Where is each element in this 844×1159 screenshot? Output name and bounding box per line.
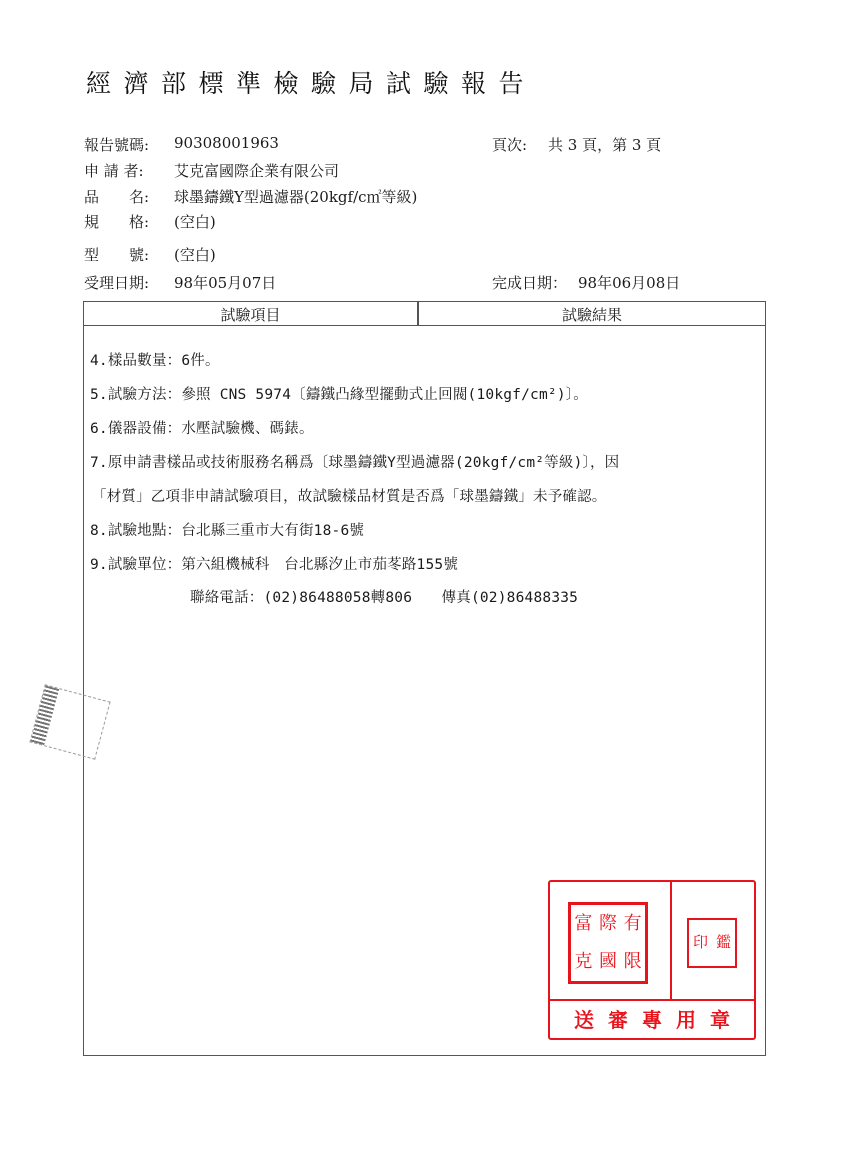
applicant-label: 申 請 者: [84,160,144,181]
completed-date-value: 98年06月08日 [578,272,680,293]
product-name-label: 品 名: [84,186,149,207]
seal-char: 克 [571,943,596,981]
item-equipment: 6.儀器設備：水壓試驗機、碼錶。 [90,417,314,438]
specification-label: 規 格: [84,211,149,232]
stamp-divider-horizontal [550,999,754,1001]
results-table-header: 試驗項目 試驗結果 [84,302,765,326]
stamp-divider-vertical [670,882,672,999]
stamp-caption: 送審專用章 [550,1003,754,1037]
submission-stamp: 富 際 有 克 國 限 印 鑑 送審專用章 [548,880,756,1040]
page-label: 頁次: [492,134,527,155]
item-note-line2: 「材質」乙項非申請試驗項目，故試驗樣品材質是否爲「球墨鑄鐵」未予確認。 [92,485,607,506]
seal-char: 有 [620,905,645,943]
item-test-unit: 9.試驗單位：第六組機械科 台北縣汐止市茄苳路155號 [90,553,458,574]
report-number-label: 報告號碼: [84,134,149,155]
received-date-label: 受理日期: [84,272,149,293]
item-test-method: 5.試驗方法：參照 CNS 5974〔鑄鐵凸緣型擺動式止回閥(10kgf/cm²… [90,383,588,404]
product-name-value: 球墨鑄鐵Y型過濾器(20kgf/c㎡等級) [174,186,417,207]
seal-char: 限 [620,943,645,981]
item-note-line1: 7.原申請書樣品或技術服務名稱爲〔球墨鑄鐵Y型過濾器(20kgf/cm²等級)〕… [90,451,619,472]
seal-char: 富 [571,905,596,943]
item-sample-quantity: 4.樣品數量：6件。 [90,349,220,370]
column-header-test-result: 試驗結果 [419,304,765,325]
column-header-test-item: 試驗項目 [84,304,417,325]
seal-char: 國 [596,943,621,981]
specification-value: (空白) [174,211,216,232]
seal-char: 際 [596,905,621,943]
completed-date-label: 完成日期： [492,272,567,293]
seal-char: 鑑 [712,920,735,966]
personal-seal: 印 鑑 [687,918,737,968]
model-value: (空白) [174,244,216,265]
applicant-value: 艾克富國際企業有限公司 [174,160,339,181]
seal-char: 印 [689,920,712,966]
item-test-location: 8.試驗地點：台北縣三重市大有街18-6號 [90,519,364,540]
barcode-remnant [31,685,60,745]
model-label: 型 號: [84,244,149,265]
document-title: 經濟部標準檢驗局試驗報告 [86,64,536,100]
page-value: 共 3 頁，第 3 頁 [548,134,661,155]
received-date-value: 98年05月07日 [174,272,276,293]
report-number-value: 90308001963 [174,134,279,152]
item-contact: 聯絡電話：(02)86488058轉806 傳真(02)86488335 [190,586,578,607]
company-seal: 富 際 有 克 國 限 [568,902,648,984]
